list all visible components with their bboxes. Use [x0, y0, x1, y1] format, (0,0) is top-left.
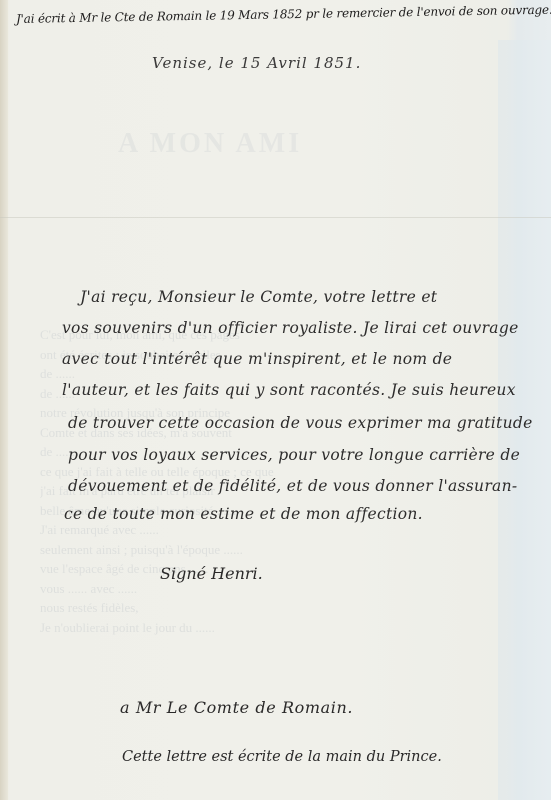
bleed-line: nous restés fidèles,	[40, 598, 380, 618]
body-line: J'ai reçu, Monsieur le Comte, votre lett…	[80, 288, 437, 306]
body-line: de trouver cette occasion de vous exprim…	[68, 414, 533, 432]
bleed-line: Je n'oublierai point le jour du ......	[40, 618, 380, 638]
letter-page: A MON AMI C'est pour lui, mon ami, que c…	[0, 0, 551, 800]
fold-line	[0, 217, 551, 218]
postscript-note: Cette lettre est écrite de la main du Pr…	[122, 749, 442, 765]
body-line: avec tout l'intérêt que m'inspirent, et …	[62, 350, 452, 368]
recipient-address: a Mr Le Comte de Romain.	[120, 698, 353, 717]
margin-note: J'ai écrit à Mr le Cte de Romain le 19 M…	[16, 3, 551, 26]
body-line: l'auteur, et les faits qui y sont racont…	[62, 381, 516, 399]
body-line: ce de toute mon estime et de mon affecti…	[64, 505, 423, 523]
body-line: vos souvenirs d'un officier royaliste. J…	[62, 319, 519, 337]
bleed-through-title: A MON AMI	[118, 128, 302, 160]
page-left-edge	[0, 0, 8, 800]
signature: Signé Henri.	[160, 564, 263, 583]
dateline: Venise, le 15 Avril 1851.	[152, 54, 361, 72]
body-line: pour vos loyaux services, pour votre lon…	[68, 446, 520, 464]
body-line: dévouement et de fidélité, et de vous do…	[68, 477, 517, 495]
bleed-line: seulement ainsi ; puisqu'à l'époque ....…	[40, 540, 380, 560]
